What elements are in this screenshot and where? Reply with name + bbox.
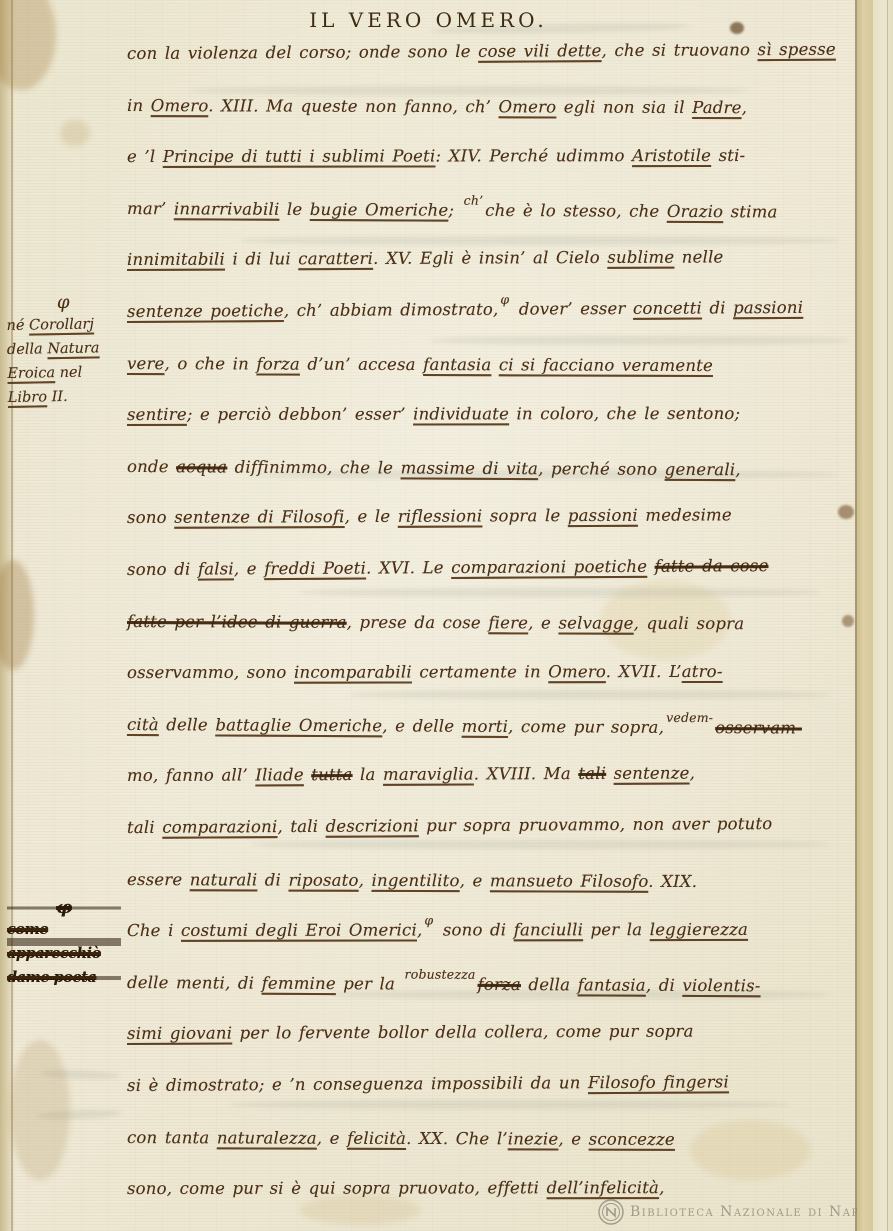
library-stamp: Biblioteca Nazionale di Napoli bbox=[598, 1199, 883, 1225]
page-right-edge bbox=[857, 0, 873, 1231]
manuscript-line: mo, fanno all’ Iliade tutta la maravigli… bbox=[127, 763, 872, 785]
inserted-text: φ bbox=[424, 912, 433, 927]
text-segment: . XVI. Le bbox=[366, 558, 451, 578]
underlined-text: dell’infelicità bbox=[547, 1178, 659, 1197]
text-segment: pur sopra pruovammo, non aver potuto bbox=[419, 814, 773, 835]
underlined-text: Padre bbox=[692, 98, 741, 117]
insertion-mark-icon: φ bbox=[7, 898, 121, 918]
library-stamp-text: Biblioteca Nazionale di Napoli bbox=[630, 1204, 883, 1220]
manuscript-page: IL VERO OMERO. con la violenza del corso… bbox=[0, 0, 893, 1231]
underlined-text: innimitabili bbox=[127, 250, 225, 269]
text-segment: II. bbox=[47, 389, 68, 405]
underlined-text: sì spesse bbox=[757, 40, 835, 59]
text-segment: della bbox=[521, 975, 578, 994]
text-segment: della bbox=[7, 341, 48, 358]
text-segment: per la bbox=[336, 974, 403, 993]
underlined-text: leggierezza bbox=[650, 920, 748, 939]
text-segment: sono bbox=[127, 508, 174, 527]
underlined-text: costumi degli Eroi Omerici bbox=[181, 920, 417, 939]
text-segment: per lo fervente bollor della collera, co… bbox=[232, 1022, 694, 1043]
text-segment: , bbox=[359, 871, 372, 890]
underlined-text: Omero bbox=[548, 662, 606, 681]
text-segment: , o che in bbox=[165, 354, 257, 373]
text-segment: che è lo stesso, che bbox=[485, 201, 667, 221]
underlined-text: individuate bbox=[413, 404, 509, 423]
underlined-text: Aristotile bbox=[632, 146, 711, 165]
text-segment: . XVII. L’ bbox=[606, 662, 682, 681]
underlined-text: ci si facciano veramente bbox=[499, 355, 713, 375]
text-segment: , bbox=[735, 460, 741, 479]
underlined-text: massime di vita bbox=[401, 458, 539, 478]
manuscript-line: osservammo, sono incomparabili certament… bbox=[127, 662, 872, 682]
struck-text: fatte da cose bbox=[655, 556, 769, 576]
text-segment: delle menti, di bbox=[127, 973, 262, 993]
underlined-text: generali bbox=[665, 460, 736, 479]
text-segment: . XV. Egli è insin’ al Cielo bbox=[373, 248, 607, 268]
underlined-text: Iliade bbox=[255, 765, 304, 784]
text-segment: sopra le bbox=[482, 506, 568, 525]
text-segment: . XIX. bbox=[648, 872, 697, 891]
inserted-text: robustezza bbox=[405, 966, 476, 981]
underlined-text: atro- bbox=[682, 662, 723, 681]
struck-text: osservam- bbox=[715, 718, 802, 737]
manuscript-line: sono sentenze di Filosofi, e le riflessi… bbox=[127, 505, 872, 527]
next-page-crease bbox=[887, 0, 888, 1231]
text-segment: Che i bbox=[127, 921, 181, 940]
manuscript-line: con la violenza del corso; onde sono le … bbox=[127, 39, 872, 63]
text-segment: , bbox=[742, 98, 748, 117]
manuscript-line: sono di falsi, e freddi Poeti. XVI. Le c… bbox=[127, 555, 872, 579]
text-segment: con tanta bbox=[127, 1128, 217, 1147]
underlined-text: descrizioni bbox=[326, 816, 419, 836]
underlined-text: riposato bbox=[288, 871, 358, 890]
text-segment: essere bbox=[127, 870, 190, 889]
manuscript-line: sentire; e perciò debbon’ esser’ individ… bbox=[127, 404, 872, 424]
text-segment: osservammo, sono bbox=[127, 663, 294, 682]
underlined-text: passioni bbox=[733, 298, 803, 317]
underlined-text: fantasia bbox=[578, 975, 646, 994]
struck-text: acqua bbox=[176, 457, 227, 476]
manuscript-line: onde acqua diffinimmo, che le massime di… bbox=[127, 457, 872, 480]
underlined-text: Omero bbox=[499, 97, 557, 116]
text-segment: d’un’ accesa bbox=[300, 355, 423, 374]
library-emblem-icon bbox=[598, 1199, 624, 1225]
margin-note-line: Eroica nel bbox=[7, 360, 121, 386]
manuscript-line: cità delle battaglie Omeriche, e delle m… bbox=[127, 715, 872, 738]
underlined-text: sconcezze bbox=[589, 1130, 675, 1149]
manuscript-line: simi giovani per lo fervente bollor dell… bbox=[127, 1021, 872, 1043]
underlined-text: morti bbox=[462, 717, 508, 736]
text-segment: per la bbox=[583, 920, 650, 939]
underlined-text: violentis- bbox=[682, 976, 760, 995]
manuscript-lines: con la violenza del corso; onde sono le … bbox=[0, 0, 893, 1231]
manuscript-line: Che i costumi degli Eroi Omerici,φ sono … bbox=[127, 920, 872, 940]
manuscript-line: tali comparazioni, tali descrizioni pur … bbox=[127, 813, 872, 837]
text-segment: , e delle bbox=[382, 716, 461, 735]
text-segment: né bbox=[6, 318, 29, 334]
underlined-text: felicità bbox=[347, 1129, 406, 1148]
text-segment: : XIV. Perché udimmo bbox=[435, 146, 632, 165]
text-segment: in coloro, che le sentono; bbox=[509, 404, 740, 423]
manuscript-line: delle menti, di femmine per la robustezz… bbox=[127, 973, 872, 996]
underlined-text: ingentilito bbox=[372, 871, 460, 890]
inserted-text: vedem- bbox=[666, 710, 713, 725]
manuscript-line: in Omero. XIII. Ma queste non fanno, ch’… bbox=[127, 96, 872, 118]
text-segment: ; e perciò debbon’ esser’ bbox=[187, 405, 413, 424]
text-segment: , e le bbox=[345, 507, 398, 526]
underlined-text: vere bbox=[127, 354, 165, 373]
underlined-text: innarrivabili bbox=[174, 199, 280, 219]
text-segment: . XVIII. Ma bbox=[474, 764, 579, 783]
text-segment: . XIII. Ma queste non fanno, ch’ bbox=[208, 96, 498, 116]
text-segment bbox=[606, 764, 614, 783]
manuscript-line: sentenze poetiche, ch’ abbiam dimostrato… bbox=[127, 297, 872, 321]
text-segment: , che si truovano bbox=[601, 40, 757, 60]
text-segment bbox=[491, 355, 499, 374]
inserted-text: φ bbox=[500, 292, 509, 307]
text-segment: nel bbox=[55, 365, 82, 381]
underlined-text: fiere bbox=[488, 613, 528, 632]
manuscript-line: sono, come pur si è qui sopra pruovato, … bbox=[127, 1178, 872, 1198]
struck-text: tutta bbox=[311, 765, 352, 784]
underlined-text: comparazioni poetiche bbox=[451, 557, 647, 577]
manuscript-line: con tanta naturalezza, e felicità. XX. C… bbox=[127, 1128, 872, 1150]
text-segment: tali bbox=[127, 818, 162, 837]
text-segment: , bbox=[659, 1178, 664, 1197]
underlined-text: riflessioni bbox=[398, 506, 483, 525]
text-segment: , ch’ abbiam dimostrato, bbox=[284, 300, 499, 320]
text-segment: certamente in bbox=[412, 662, 548, 681]
underlined-text: naturali bbox=[190, 870, 258, 889]
margin-note-line: della Natura bbox=[7, 336, 121, 362]
underlined-text: simi giovani bbox=[127, 1024, 232, 1043]
text-segment: , e bbox=[317, 1129, 347, 1148]
text-segment: ; bbox=[448, 201, 461, 220]
text-segment: i di lui bbox=[225, 249, 298, 268]
struck-text: forza bbox=[477, 975, 521, 994]
underlined-text: sentenze di Filosofi bbox=[174, 507, 344, 527]
text-segment: mar’ bbox=[127, 199, 174, 218]
underlined-text: Orazio bbox=[667, 202, 723, 221]
underlined-text: femmine bbox=[262, 974, 336, 993]
text-segment: sono, come pur si è qui sopra pruovato, … bbox=[127, 1178, 547, 1198]
text-segment: le bbox=[279, 200, 309, 219]
text-segment: , e bbox=[234, 559, 264, 578]
underlined-text: sublime bbox=[607, 248, 674, 267]
underlined-text: sentenze poetiche bbox=[127, 301, 284, 321]
underlined-text: incomparabili bbox=[294, 663, 412, 682]
text-segment: , tali bbox=[277, 817, 325, 836]
underlined-text: selvagge bbox=[558, 614, 633, 633]
underlined-text: naturalezza bbox=[217, 1128, 317, 1147]
underlined-text: falsi bbox=[198, 559, 234, 578]
underlined-text: freddi Poeti bbox=[264, 559, 366, 579]
underlined-text: concetti bbox=[633, 298, 702, 317]
text-segment: , di bbox=[646, 976, 683, 995]
text-segment: sono di bbox=[435, 920, 513, 939]
underlined-text: Natura bbox=[47, 340, 99, 357]
struck-text: tali bbox=[578, 764, 606, 783]
text-segment: in bbox=[127, 96, 151, 115]
text-segment: si è dimostrato; e ’n conseguenza imposs… bbox=[127, 1073, 588, 1095]
underlined-text: Eroica bbox=[7, 365, 55, 382]
underlined-text: maraviglia bbox=[383, 764, 474, 783]
text-segment: mo, fanno all’ bbox=[127, 765, 255, 785]
underlined-text: sentenze bbox=[614, 764, 690, 783]
text-segment: di bbox=[257, 870, 288, 889]
margin-note-line: Libro II. bbox=[8, 384, 122, 410]
text-segment: . XX. Che l’ bbox=[406, 1129, 508, 1148]
text-segment: egli non sia il bbox=[556, 97, 692, 116]
text-segment: e ’l bbox=[127, 147, 163, 166]
text-segment: nelle bbox=[674, 247, 723, 266]
manuscript-line: mar’ innarrivabili le bugie Omeriche; ch… bbox=[127, 199, 872, 222]
underlined-text: sentire bbox=[127, 405, 187, 424]
manuscript-line: e ’l Principe di tutti i sublimi Poeti: … bbox=[127, 146, 872, 166]
text-segment: delle bbox=[159, 715, 216, 734]
insertion-mark-icon: φ bbox=[6, 292, 120, 314]
underlined-text: Principe di tutti i sublimi Poeti bbox=[163, 146, 436, 165]
text-segment: medesime bbox=[638, 505, 732, 524]
text-segment: con la violenza del corso; onde sono le bbox=[127, 42, 478, 63]
manuscript-line: innimitabili i di lui caratteri. XV. Egl… bbox=[127, 247, 872, 269]
underlined-text: mansueto Filosofo bbox=[490, 871, 648, 891]
text-segment: sono di bbox=[127, 560, 198, 579]
struck-text: come apparecchiò bbox=[7, 921, 101, 962]
underlined-text: cità bbox=[127, 715, 159, 734]
manuscript-line: essere naturali di riposato, ingentilito… bbox=[127, 870, 872, 892]
text-segment: , e bbox=[460, 871, 490, 890]
manuscript-line: si è dimostrato; e ’n conseguenza imposs… bbox=[127, 1071, 872, 1095]
underlined-text: Corollarj bbox=[29, 316, 94, 333]
text-segment: sti- bbox=[711, 146, 745, 165]
text-segment: di bbox=[702, 298, 733, 317]
underlined-text: Filosofo fingersi bbox=[588, 1072, 729, 1092]
manuscript-line: fatte per l’idee di guerra, prese da cos… bbox=[127, 612, 872, 634]
text-segment bbox=[647, 557, 655, 576]
struck-text: fatte per l’idee di guerra bbox=[127, 612, 347, 632]
next-page-edge bbox=[873, 0, 893, 1231]
manuscript-line: vere, o che in forza d’un’ accesa fantas… bbox=[127, 354, 872, 376]
text-segment: , come pur sopra, bbox=[508, 717, 664, 737]
text-segment: , bbox=[690, 764, 696, 783]
margin-note-line: come apparecchiò bbox=[7, 918, 121, 966]
inserted-text: ch’ bbox=[464, 193, 484, 208]
text-segment: dover’ esser bbox=[511, 299, 633, 319]
underlined-text: caratteri bbox=[298, 249, 373, 268]
text-segment: , perché sono bbox=[538, 459, 665, 479]
underlined-text: fantasia bbox=[423, 355, 491, 374]
underlined-text: battaglie Omeriche bbox=[215, 715, 382, 735]
struck-text: dame poeta bbox=[7, 969, 96, 986]
text-segment: stima bbox=[723, 202, 777, 221]
underlined-text: inezie bbox=[508, 1129, 559, 1148]
margin-note-deleted: φcome apparecchiòdame poeta bbox=[7, 898, 121, 990]
text-segment: diffinimmo, che le bbox=[227, 458, 400, 478]
text-segment: , e bbox=[528, 613, 558, 632]
underlined-text: forza bbox=[256, 354, 300, 373]
text-segment: , quali sopra bbox=[634, 614, 745, 633]
underlined-text: fanciulli bbox=[514, 920, 583, 939]
text-segment: onde bbox=[127, 457, 176, 476]
underlined-text: cose vili dette bbox=[478, 41, 602, 61]
text-segment: , bbox=[417, 920, 422, 939]
underlined-text: bugie Omeriche bbox=[310, 200, 449, 220]
text-segment: la bbox=[353, 765, 383, 784]
margin-note-corollari: φné Corollarjdella NaturaEroica nelLibro… bbox=[6, 292, 122, 410]
underlined-text: passioni bbox=[568, 506, 638, 525]
underlined-text: comparazioni bbox=[162, 817, 277, 837]
underlined-text: Libro bbox=[8, 389, 47, 406]
margin-note-line: dame poeta bbox=[7, 966, 121, 990]
text-segment: , e bbox=[558, 1130, 588, 1149]
text-segment: , prese da cose bbox=[347, 613, 489, 632]
margin-note-line: né Corollarj bbox=[6, 312, 120, 338]
underlined-text: Omero bbox=[151, 96, 209, 115]
